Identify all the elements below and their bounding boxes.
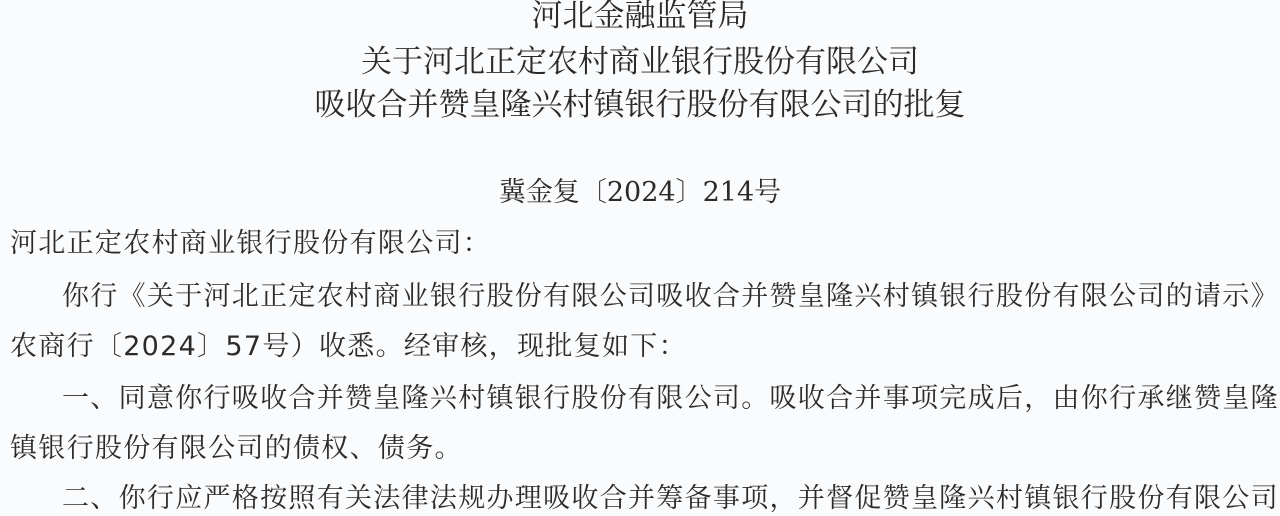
- addressee: 河北正定农村商业银行股份有限公司：: [10, 227, 491, 261]
- approval-document: 河北金融监管局 关于河北正定农村商业银行股份有限公司 吸收合并赞皇隆兴村镇银行股…: [0, 0, 1280, 516]
- document-title-line-2: 吸收合并赞皇隆兴村镇银行股份有限公司的批复: [0, 87, 1280, 123]
- issuer-title: 河北金融监管局: [0, 0, 1280, 34]
- document-number: 冀金复〔2024〕214号: [0, 176, 1280, 210]
- body-item-2-line-1: 二、你行应严格按照有关法律法规办理吸收合并筹备事项，并督促赞皇隆兴村镇银行股份有…: [62, 482, 1280, 516]
- body-paragraph-1-line-2: 农商行〔2024〕57号）收悉。经审核，现批复如下：: [10, 330, 687, 364]
- body-item-1-line-1: 一、同意你行吸收合并赞皇隆兴村镇银行股份有限公司。吸收合并事项完成后，由你行承继…: [62, 382, 1280, 416]
- body-item-1-line-2: 镇银行股份有限公司的债权、债务。: [10, 432, 463, 466]
- document-title-line-1: 关于河北正定农村商业银行股份有限公司: [0, 44, 1280, 80]
- body-paragraph-1-line-1: 你行《关于河北正定农村商业银行股份有限公司吸收合并赞皇隆兴村镇银行股份有限公司的…: [62, 280, 1280, 314]
